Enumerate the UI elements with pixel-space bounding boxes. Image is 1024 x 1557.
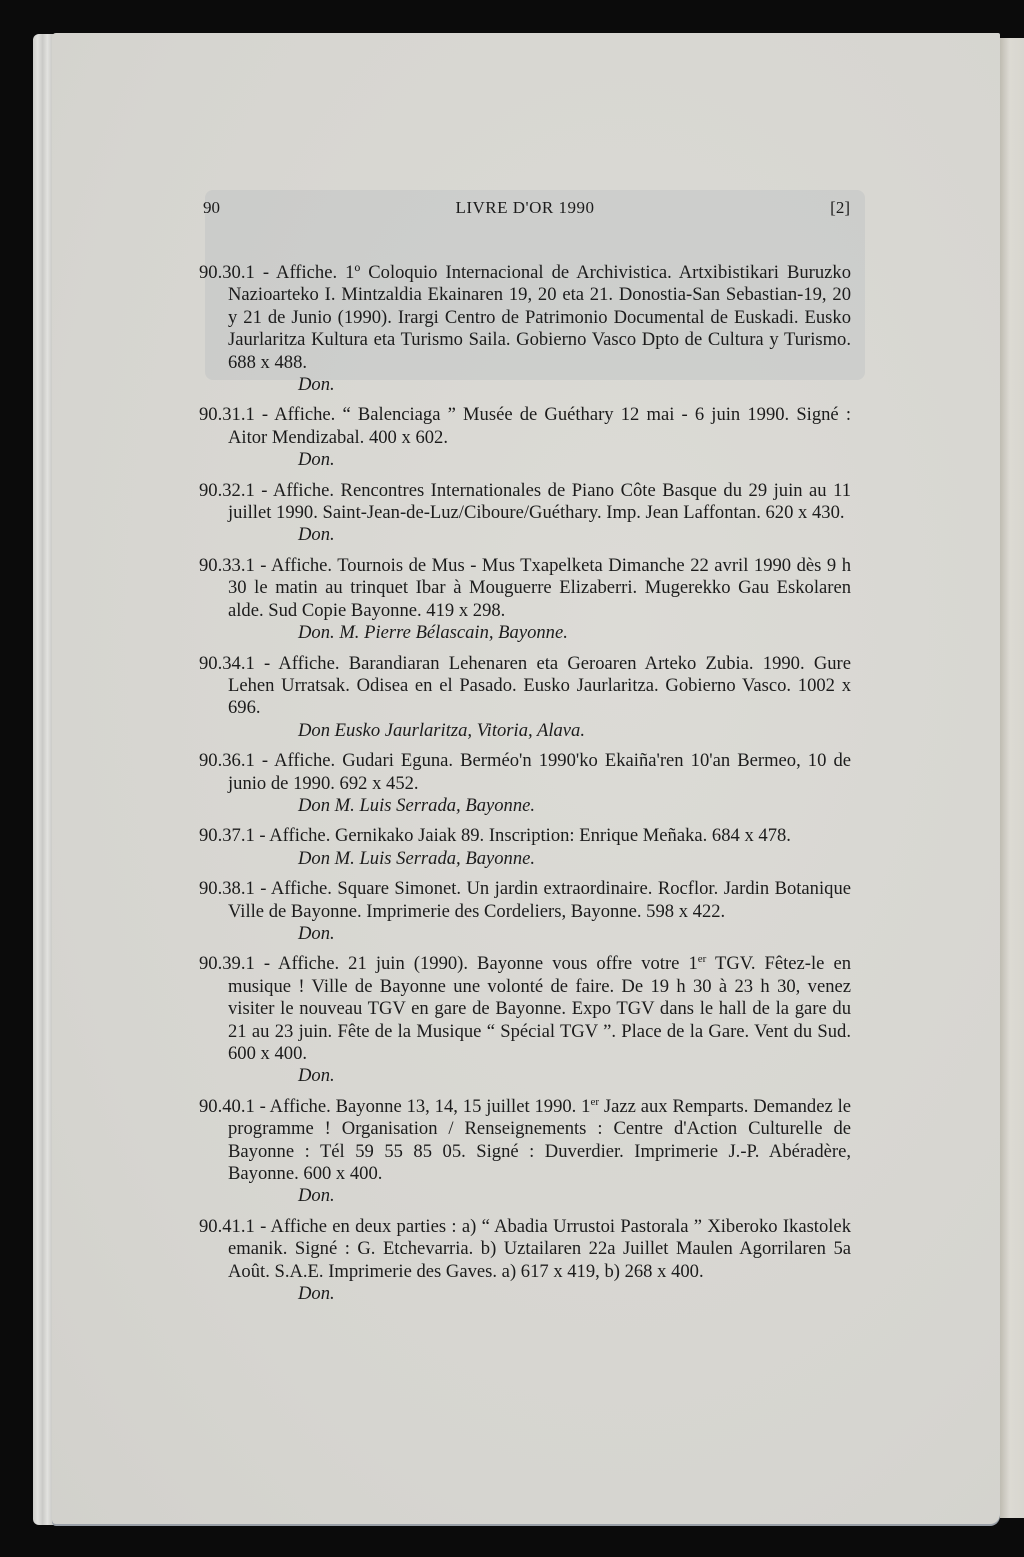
entry-donor: Don Eusko Jaurlaritza, Vitoria, Alava. — [199, 720, 851, 742]
entry-text: 90.38.1 - Affiche. Square Simonet. Un ja… — [199, 878, 851, 923]
entry-text: 90.41.1 - Affiche en deux parties : a) “… — [199, 1216, 851, 1283]
entry-text: 90.36.1 - Affiche. Gudari Eguna. Berméo'… — [199, 750, 851, 795]
catalogue-entry: 90.34.1 - Affiche. Barandiaran Lehenaren… — [199, 653, 851, 743]
catalogue-entry: 90.41.1 - Affiche en deux parties : a) “… — [199, 1216, 851, 1306]
section-number: [2] — [830, 198, 850, 218]
catalogue-entry: 90.31.1 - Affiche. “ Balenciaga ” Musée … — [199, 404, 851, 471]
catalogue-entry: 90.30.1 - Affiche. 1º Coloquio Internaci… — [199, 262, 851, 396]
catalogue-entry: 90.33.1 - Affiche. Tournois de Mus - Mus… — [199, 555, 851, 645]
entry-text: 90.31.1 - Affiche. “ Balenciaga ” Musée … — [199, 404, 851, 449]
running-header: 90 LIVRE D'OR 1990 [2] — [200, 198, 850, 222]
entry-donor: Don. — [199, 524, 851, 546]
catalogue-entry: 90.36.1 - Affiche. Gudari Eguna. Berméo'… — [199, 750, 851, 817]
entry-donor: Don. — [199, 1065, 851, 1087]
entry-donor: Don M. Luis Serrada, Bayonne. — [199, 848, 851, 870]
entry-donor: Don. — [199, 374, 851, 396]
entry-donor: Don. — [199, 449, 851, 471]
catalogue-entry: 90.37.1 - Affiche. Gernikako Jaiak 89. I… — [199, 825, 851, 870]
entry-text: 90.30.1 - Affiche. 1º Coloquio Internaci… — [199, 262, 851, 374]
superscript: er — [590, 1096, 599, 1108]
entry-donor: Don. — [199, 923, 851, 945]
entry-donor: Don. — [199, 1283, 851, 1305]
entry-donor: Don. M. Pierre Bélascain, Bayonne. — [199, 622, 851, 644]
entry-text-part: 90.39.1 - Affiche. 21 juin (1990). Bayon… — [199, 953, 698, 974]
entry-text: 90.39.1 - Affiche. 21 juin (1990). Bayon… — [199, 953, 851, 1065]
catalogue-entry: 90.39.1 - Affiche. 21 juin (1990). Bayon… — [199, 953, 851, 1087]
facing-page-edge — [1000, 38, 1024, 1518]
catalogue-entry: 90.40.1 - Affiche. Bayonne 13, 14, 15 ju… — [199, 1096, 851, 1208]
entry-text: 90.32.1 - Affiche. Rencontres Internatio… — [199, 480, 851, 525]
entry-text: 90.40.1 - Affiche. Bayonne 13, 14, 15 ju… — [199, 1096, 851, 1186]
entry-donor: Don M. Luis Serrada, Bayonne. — [199, 795, 851, 817]
entry-text-part: 90.40.1 - Affiche. Bayonne 13, 14, 15 ju… — [199, 1096, 590, 1117]
catalogue-entries: 90.30.1 - Affiche. 1º Coloquio Internaci… — [199, 262, 851, 1313]
entry-text: 90.34.1 - Affiche. Barandiaran Lehenaren… — [199, 653, 851, 720]
catalogue-entry: 90.32.1 - Affiche. Rencontres Internatio… — [199, 480, 851, 547]
catalogue-entry: 90.38.1 - Affiche. Square Simonet. Un ja… — [199, 878, 851, 945]
entry-text: 90.37.1 - Affiche. Gernikako Jaiak 89. I… — [199, 825, 851, 847]
entry-donor: Don. — [199, 1185, 851, 1207]
entry-text: 90.33.1 - Affiche. Tournois de Mus - Mus… — [199, 555, 851, 622]
running-title: LIVRE D'OR 1990 — [200, 198, 850, 218]
